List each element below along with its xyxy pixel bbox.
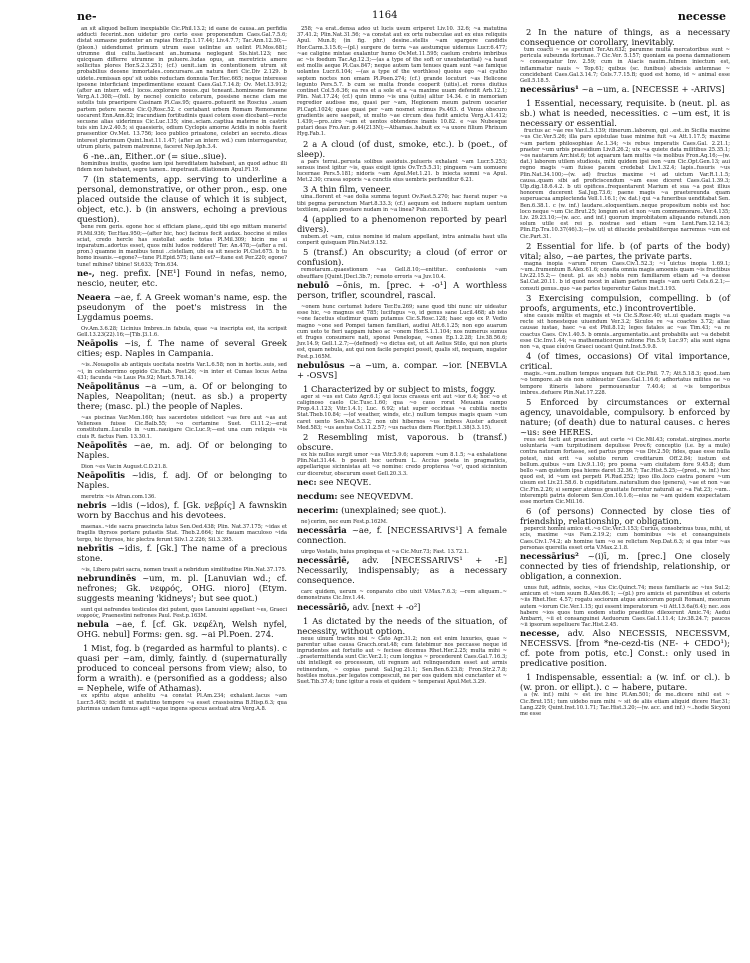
dictionary-entry: nebulō ~ōnis, m. [prec. + -o¹] A worthle… xyxy=(297,280,507,300)
guide-word-left: ne- xyxy=(77,10,97,23)
headword: necessāriē, xyxy=(297,555,350,565)
citation-block: bene rem geris. egone hoc si efficiam pl… xyxy=(77,224,287,267)
entry-definition: adv. [next + -o²] xyxy=(352,602,420,612)
citation-block: an sit aliquod bellum inexpiabile Cic.Ph… xyxy=(77,26,287,150)
dictionary-entry: necessāriē, adv. [NECESSARIVS¹ + -E] Nec… xyxy=(297,555,507,585)
sense-definition: 5 Enforced by circumstances or external … xyxy=(520,397,730,437)
citation-block: reus est facti aut praeclari aut certe ~… xyxy=(520,437,730,505)
column-right: 2 In the nature of things, as a necessar… xyxy=(520,26,730,717)
dictionary-entry: necerim: (unexplained; see quot.). xyxy=(297,505,507,515)
dictionary-entry: necessāriō, adv. [next + -o²] xyxy=(297,602,507,612)
headword: necdum: xyxy=(297,491,337,501)
sense-definition: 5 (transf.) An obscurity; a cloud (of er… xyxy=(297,247,507,267)
citation-block: a pars terrai..perusta solibus assiduis.… xyxy=(297,159,507,184)
citation-block: ~onem hunc certumst ludere Ter.Eu.269; s… xyxy=(297,304,507,360)
citation-block: 258; ~a erat..densa adeo ut lucis usum e… xyxy=(297,26,507,138)
dictionary-entry: necesse, adv. Also NECESSIS, NECESSVM, N… xyxy=(520,628,730,668)
citation-block: remotarum..quaestionum ~as Gell.8.10;—en… xyxy=(297,267,507,279)
citation-block: ~as piscinas Var.Men.160; has sacerdotes… xyxy=(77,415,287,440)
entry-definition: see NEQVE. xyxy=(319,477,371,487)
dictionary-entry: ne-, neg. prefix. [NE¹] Found in nefas, … xyxy=(77,268,287,288)
dictionary-entry: nebrundinēs ~um, m. pl. [Lanuvian wd.; c… xyxy=(77,573,287,603)
citation-block: magna inopia ~arum rerum Caes.Civ.1.52.3… xyxy=(520,261,730,292)
guide-word-right: necesse xyxy=(678,10,726,23)
entry-definition: ~idis (~idos), f. [Gk. νεβρίς] A fawnski… xyxy=(77,500,287,520)
headword: necessāriō, xyxy=(297,602,350,612)
headword: nebulō xyxy=(297,280,329,290)
sense-definition: 1 Essential, necessary, requisite. b (ne… xyxy=(520,98,730,128)
entry-definition: see NEQVEDVM. xyxy=(340,491,413,501)
headword: necessārius¹ xyxy=(520,84,579,94)
headword: ne-, xyxy=(77,268,95,278)
headword: Neaera xyxy=(77,292,111,302)
sense-definition: 3 A thin film, veneer. xyxy=(297,184,507,194)
headword: nec: xyxy=(297,477,317,487)
entry-definition: (unexplained; see quot.). xyxy=(341,505,446,515)
headword: nebula xyxy=(77,619,109,629)
citation-block: magis..~um..nullum tempus unquam fuit Ci… xyxy=(520,371,730,396)
dictionary-entry: Neāpolis ~is, f. The name of several Gre… xyxy=(77,338,287,358)
headword: nebrītis xyxy=(77,543,114,553)
headword: necesse, xyxy=(520,628,560,638)
dictionary-entry: necessāria ~ae, f. [NECESSARIVS¹] A fema… xyxy=(297,525,507,545)
headword: Neāpolītēs xyxy=(77,440,127,450)
headword: nebrundinēs xyxy=(77,573,136,583)
dictionary-entry: nebris ~idis (~idos), f. [Gk. νεβρίς] A … xyxy=(77,500,287,520)
citation-block: maenas..~ide sacra praecincta latus Sen.… xyxy=(77,524,287,543)
dictionary-entry: Neāpolītis ~idis, f. adj. Of or belongin… xyxy=(77,470,287,490)
sense-definition: 2 a A cloud (of dust, smoke, etc.). b (p… xyxy=(297,139,507,159)
headword: necessārius² xyxy=(520,551,579,561)
citation-block: carc quidem, uerum ~ conparato cibo uixi… xyxy=(297,589,507,601)
sense-definition: 1 Characterized by or subject to mists, … xyxy=(297,384,507,394)
dictionary-entry: nec: see NEQVE. xyxy=(297,477,507,487)
citation-block: fructus ac ~ae res Var.L.5.139; itinerum… xyxy=(520,128,730,240)
citation-block: nubem..et ~am, cuius nomine id malum app… xyxy=(297,234,507,246)
dictionary-entry: Neāpolītēs ~ae, m. adj. Of or belonging … xyxy=(77,440,287,460)
dictionary-entry: nebrītis ~idis, f. [Gk.] The name of a p… xyxy=(77,543,287,563)
citation-block: unus fuit, adfinis, socius, ~ius Cic.Qui… xyxy=(520,585,730,628)
sense-definition: 2 Resembling mist, vaporous. b (transf.)… xyxy=(297,432,507,452)
headword: necerim: xyxy=(297,505,338,515)
citation-block: ex his nullus surgit umor ~us Vitr.5.9.6… xyxy=(297,452,507,477)
entry-definition: ~ae, f. [cf. Gk. νεφέλη, Welsh nyfel, OH… xyxy=(77,619,287,639)
headword: Neāpolitānus xyxy=(77,381,139,391)
sense-definition: 1 Mist, fog. b (regarded as harmful to p… xyxy=(77,643,287,693)
headword: Neāpolis xyxy=(77,338,118,348)
citation-block: ~is..Nouapolis ab antiquis uocitata nost… xyxy=(77,362,287,381)
sense-definition: 1 Indispensable, essential: a (w. inf. o… xyxy=(520,672,730,692)
headword: nebris xyxy=(77,500,107,510)
dictionary-entry: necessārius¹ ~a ~um, a. [NECESSE + -ARIV… xyxy=(520,84,730,94)
headword: Neāpolītis xyxy=(77,470,125,480)
dictionary-entry: Neaera ~ae, f. A Greek woman's name, esp… xyxy=(77,292,287,322)
citation-block: a (w. inf.) mihi ~ est ire hinc Pl.Am.50… xyxy=(520,692,730,717)
sense-definition: 6 (of persons) Connected by close ties o… xyxy=(520,506,730,526)
citation-block: ex spiritu atque anhelitu ~a constat Pl.… xyxy=(77,693,287,712)
entry-definition: neg. prefix. [NE¹] Found in nefas, nemo,… xyxy=(77,268,287,288)
sense-definition: 3 Exercising compulsion, compelling. b (… xyxy=(520,293,730,313)
sense-definition: 1 As dictated by the needs of the situat… xyxy=(297,616,507,636)
citation-block: sine causis multis et magnis et ~is Cic.… xyxy=(520,313,730,350)
headword: necessāria xyxy=(297,525,347,535)
dictionary-entry: necdum: see NEQVEDVM. xyxy=(297,491,507,501)
column-middle: 258; ~a erat..densa adeo ut lucis usum e… xyxy=(297,26,507,685)
dictionary-entry: nebula ~ae, f. [cf. Gk. νεφέλη, Welsh ny… xyxy=(77,619,287,639)
headword: nebulōsus xyxy=(297,360,345,370)
sense-definition: 6 -ne..an, Either..or (= siue..siue). xyxy=(77,151,287,161)
citation-block: hominibus inuitis, quodne iam ipsi hered… xyxy=(77,161,287,173)
sense-definition: 4 (of times, occasions) Of vital importa… xyxy=(520,351,730,371)
dictionary-entry: Neāpolitānus ~a ~um, a. Of or belonging … xyxy=(77,381,287,411)
sense-definition: 2 In the nature of things, as a necessar… xyxy=(520,27,730,47)
entry-definition: ~ōnis, m. [prec. + -o¹] A worthless pers… xyxy=(297,280,507,300)
citation-block: ager si ~us est Cato Agr.6.1; qui locus … xyxy=(297,394,507,431)
dictionary-entry: necessārius² ~(i)ī, m. [prec.] One close… xyxy=(520,551,730,581)
citation-block: tum coacti ~ se aperiunt Ter.An.632; par… xyxy=(520,47,730,84)
page-number: 1164 xyxy=(372,10,397,21)
citation-block: neue uinum tractes nisi ~ Cato Agr.31.2;… xyxy=(297,636,507,686)
sense-definition: 7 (in statements, app. serving to underl… xyxy=(77,174,287,224)
citation-block: Ov.Am.3.6.28; Licinius Imbrex..in fabula… xyxy=(77,326,287,338)
entry-definition: ~a ~um, a. [NECESSE + -ARIVS] xyxy=(581,84,724,94)
column-left: an sit aliquod bellum inexpiabile Cic.Ph… xyxy=(77,26,287,712)
dictionary-entry: nebulōsus ~a ~um, a. compar. ~ior. [NEBV… xyxy=(297,360,507,380)
sense-definition: 4 (applied to a phenomenon reported by p… xyxy=(297,214,507,234)
citation-block: pepercit homini amico et..~o Cic.Ver.3.1… xyxy=(520,526,730,551)
sense-definition: 2 Essential for life. b (of parts of the… xyxy=(520,241,730,261)
citation-block: sunt qui nefrendes testiculos dici puten… xyxy=(77,607,287,619)
citation-block: uina..florent et ~ae dolia summa tegunt … xyxy=(297,194,507,213)
